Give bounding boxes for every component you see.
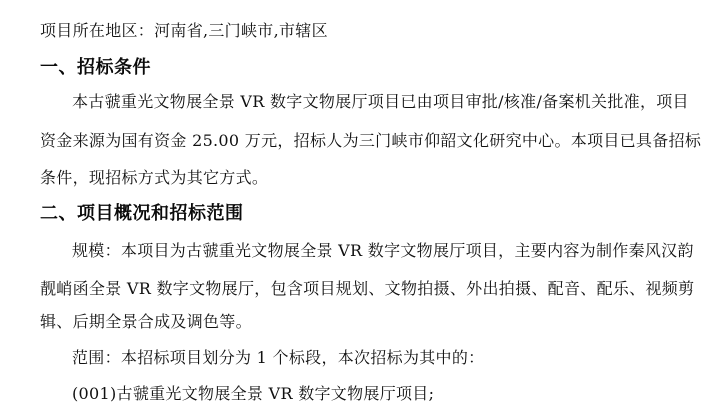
lot-item-line: (001)古虢重光文物展全景 VR 数字文物展厅项目; [72,384,434,404]
paragraph-line: 资金来源为国有资金 25.00 万元，招标人为三门峡市仰韶文化研究中心。本项目已… [40,131,636,151]
paragraph-line: 条件，现招标方式为其它方式。 [40,168,268,188]
paragraph-line: 辑、后期全景合成及调色等。 [40,312,252,332]
project-location-line: 项目所在地区：河南省,三门峡市,市辖区 [40,21,328,41]
paragraph-line: 靓峭函全景 VR 数字文物展厅，包含项目规划、文物拍摄、外出拍摄、配音、配乐、视… [40,279,636,299]
section-heading-bidding-conditions: 一、招标条件 [40,57,151,79]
section-heading-project-overview: 二、项目概况和招标范围 [40,203,244,225]
paragraph-line: 规模：本项目为古虢重光文物展全景 VR 数字文物展厅项目，主要内容为制作秦风汉韵 [72,241,636,261]
bidding-scope-line: 范围：本招标项目划分为 1 个标段，本次招标为其中的： [72,348,484,368]
paragraph-line: 本古虢重光文物展全景 VR 数字文物展厅项目已由项目审批/核准/备案机关批准，项… [72,92,636,112]
